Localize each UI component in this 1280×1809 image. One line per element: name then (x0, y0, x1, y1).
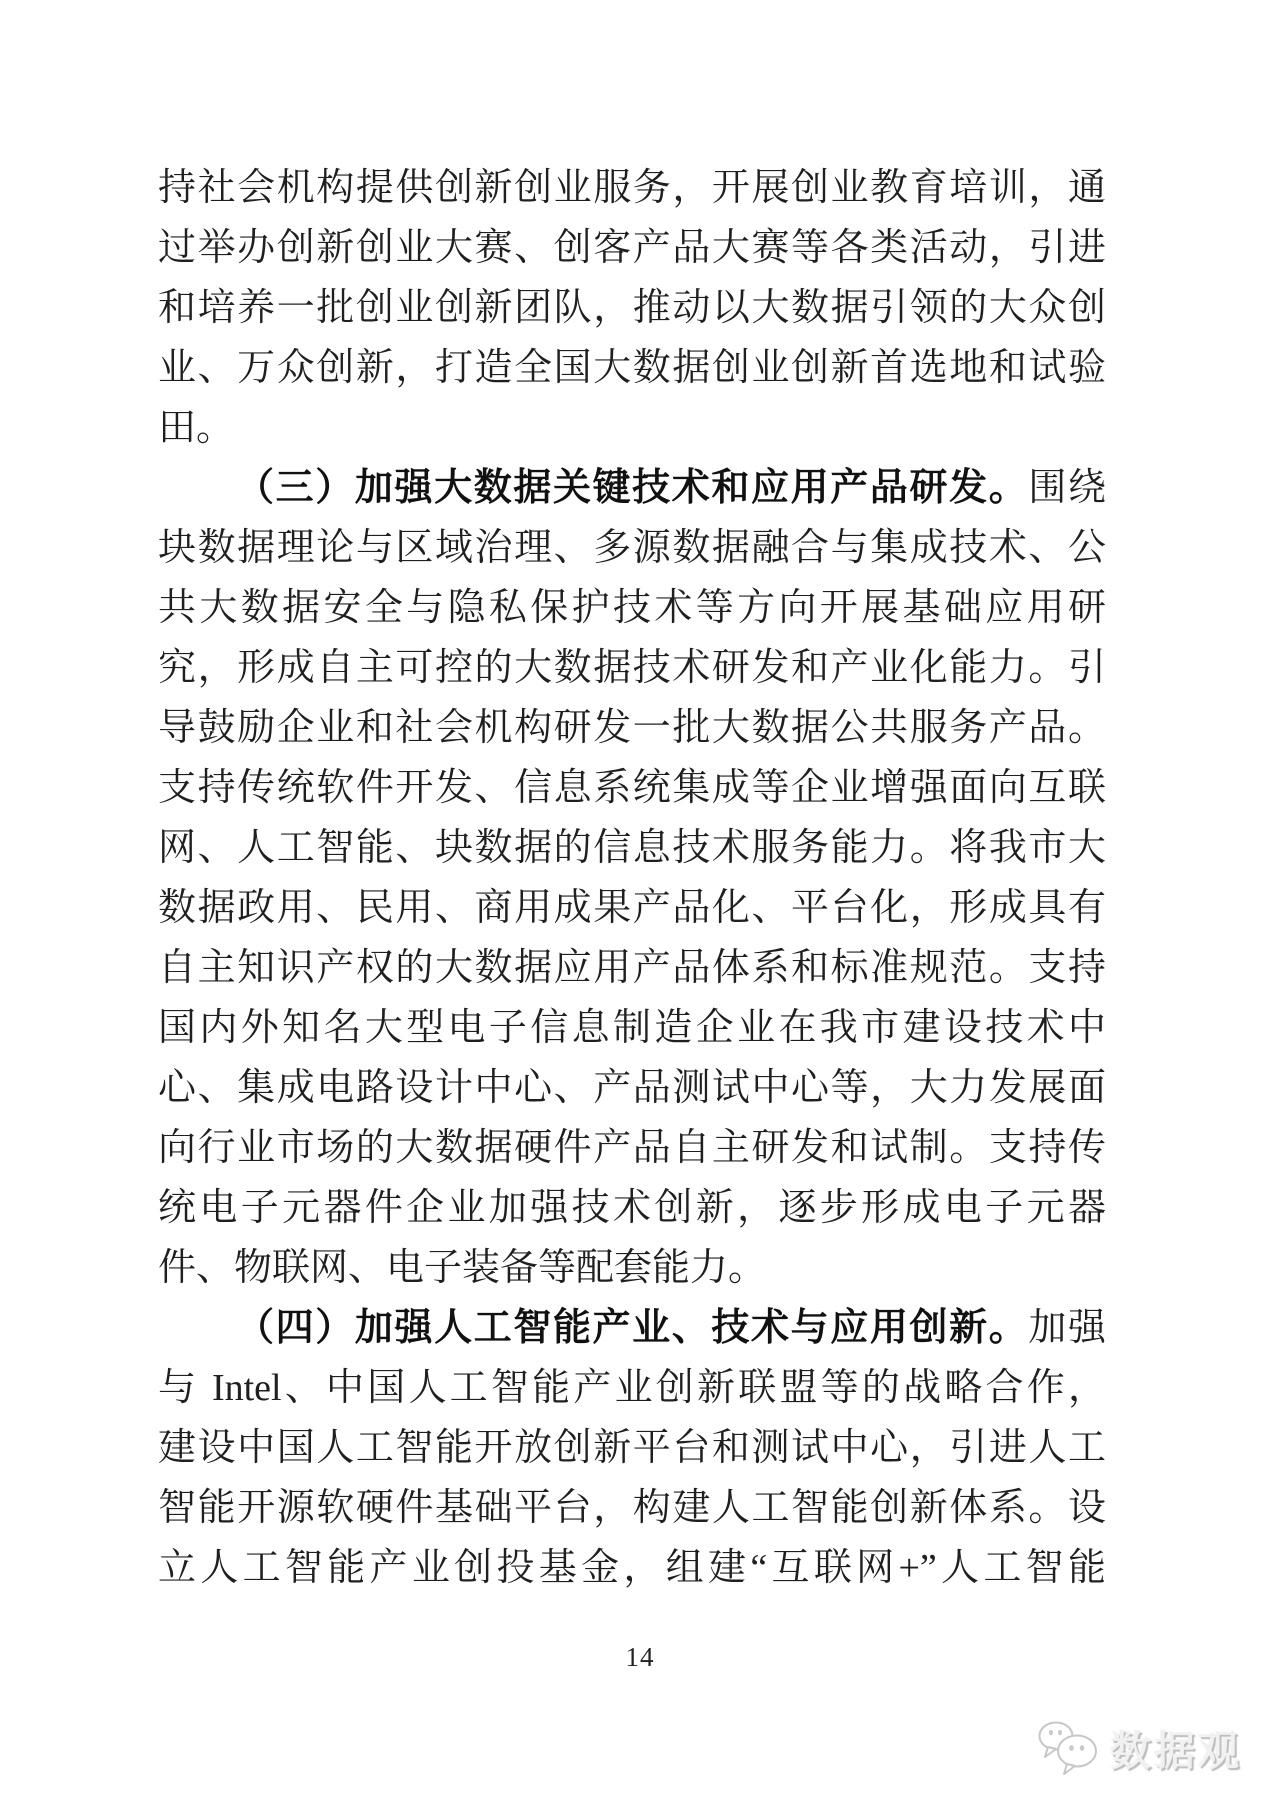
text-line: 自主知识产权的大数据应用产品体系和标准规范。支持 (158, 938, 1106, 998)
section-heading-4: （四）加强人工智能产业、技术与应用创新。 (236, 1307, 1028, 1349)
text-line: 和培养一批创业创新团队，推动以大数据引领的大众创 (158, 278, 1106, 338)
text-line: 网、人工智能、块数据的信息技术服务能力。将我市大 (158, 818, 1106, 878)
text-line: 业、万众创新，打造全国大数据创业创新首选地和试验 (158, 338, 1106, 398)
section-heading-3: （三）加强大数据关键技术和应用产品研发。 (236, 467, 1028, 509)
text-line: 持社会机构提供创新创业服务，开展创业教育培训，通 (158, 158, 1106, 218)
text-line: 向行业市场的大数据硬件产品自主研发和试制。支持传 (158, 1118, 1106, 1178)
text-line: 心、集成电路设计中心、产品测试中心等，大力发展面 (158, 1058, 1106, 1118)
text-line: 国内外知名大型电子信息制造企业在我市建设技术中 (158, 998, 1106, 1058)
paragraph-end-line: 田。 (158, 398, 1106, 458)
text-line: 过举办创新创业大赛、创客产品大赛等各类活动，引进 (158, 218, 1106, 278)
section-heading-line: （四）加强人工智能产业、技术与应用创新。加强 (158, 1298, 1106, 1358)
watermark-logo: 数据观 (1034, 1718, 1242, 1777)
text-line: 与 Intel、中国人工智能产业创新联盟等的战略合作， (158, 1358, 1106, 1418)
text-line: 统电子元器件企业加强技术创新，逐步形成电子元器 (158, 1178, 1106, 1238)
section-body-start: 加强 (1028, 1307, 1106, 1349)
watermark-text: 数据观 (1110, 1718, 1242, 1777)
chat-bubbles-icon (1034, 1719, 1104, 1777)
text-line: 块数据理论与区域治理、多源数据融合与集成技术、公 (158, 518, 1106, 578)
text-line: 智能开源软硬件基础平台，构建人工智能创新体系。设 (158, 1478, 1106, 1538)
text-line: 建设中国人工智能开放创新平台和测试中心，引进人工 (158, 1418, 1106, 1478)
paragraph-end-line: 件、物联网、电子装备等配套能力。 (158, 1238, 1106, 1298)
document-page: 持社会机构提供创新创业服务，开展创业教育培训，通 过举办创新创业大赛、创客产品大… (0, 0, 1280, 1809)
page-number: 14 (0, 1642, 1280, 1673)
text-line: 究，形成自主可控的大数据技术研发和产业化能力。引 (158, 638, 1106, 698)
text-line: 导鼓励企业和社会机构研发一批大数据公共服务产品。 (158, 698, 1106, 758)
document-body: 持社会机构提供创新创业服务，开展创业教育培训，通 过举办创新创业大赛、创客产品大… (158, 158, 1106, 1598)
text-line: 支持传统软件开发、信息系统集成等企业增强面向互联 (158, 758, 1106, 818)
section-body-start: 围绕 (1028, 467, 1106, 509)
text-line: 共大数据安全与隐私保护技术等方向开展基础应用研 (158, 578, 1106, 638)
section-heading-line: （三）加强大数据关键技术和应用产品研发。围绕 (158, 458, 1106, 518)
text-line: 数据政用、民用、商用成果产品化、平台化，形成具有 (158, 878, 1106, 938)
text-line: 立人工智能产业创投基金，组建“互联网+”人工智能 (158, 1538, 1106, 1598)
